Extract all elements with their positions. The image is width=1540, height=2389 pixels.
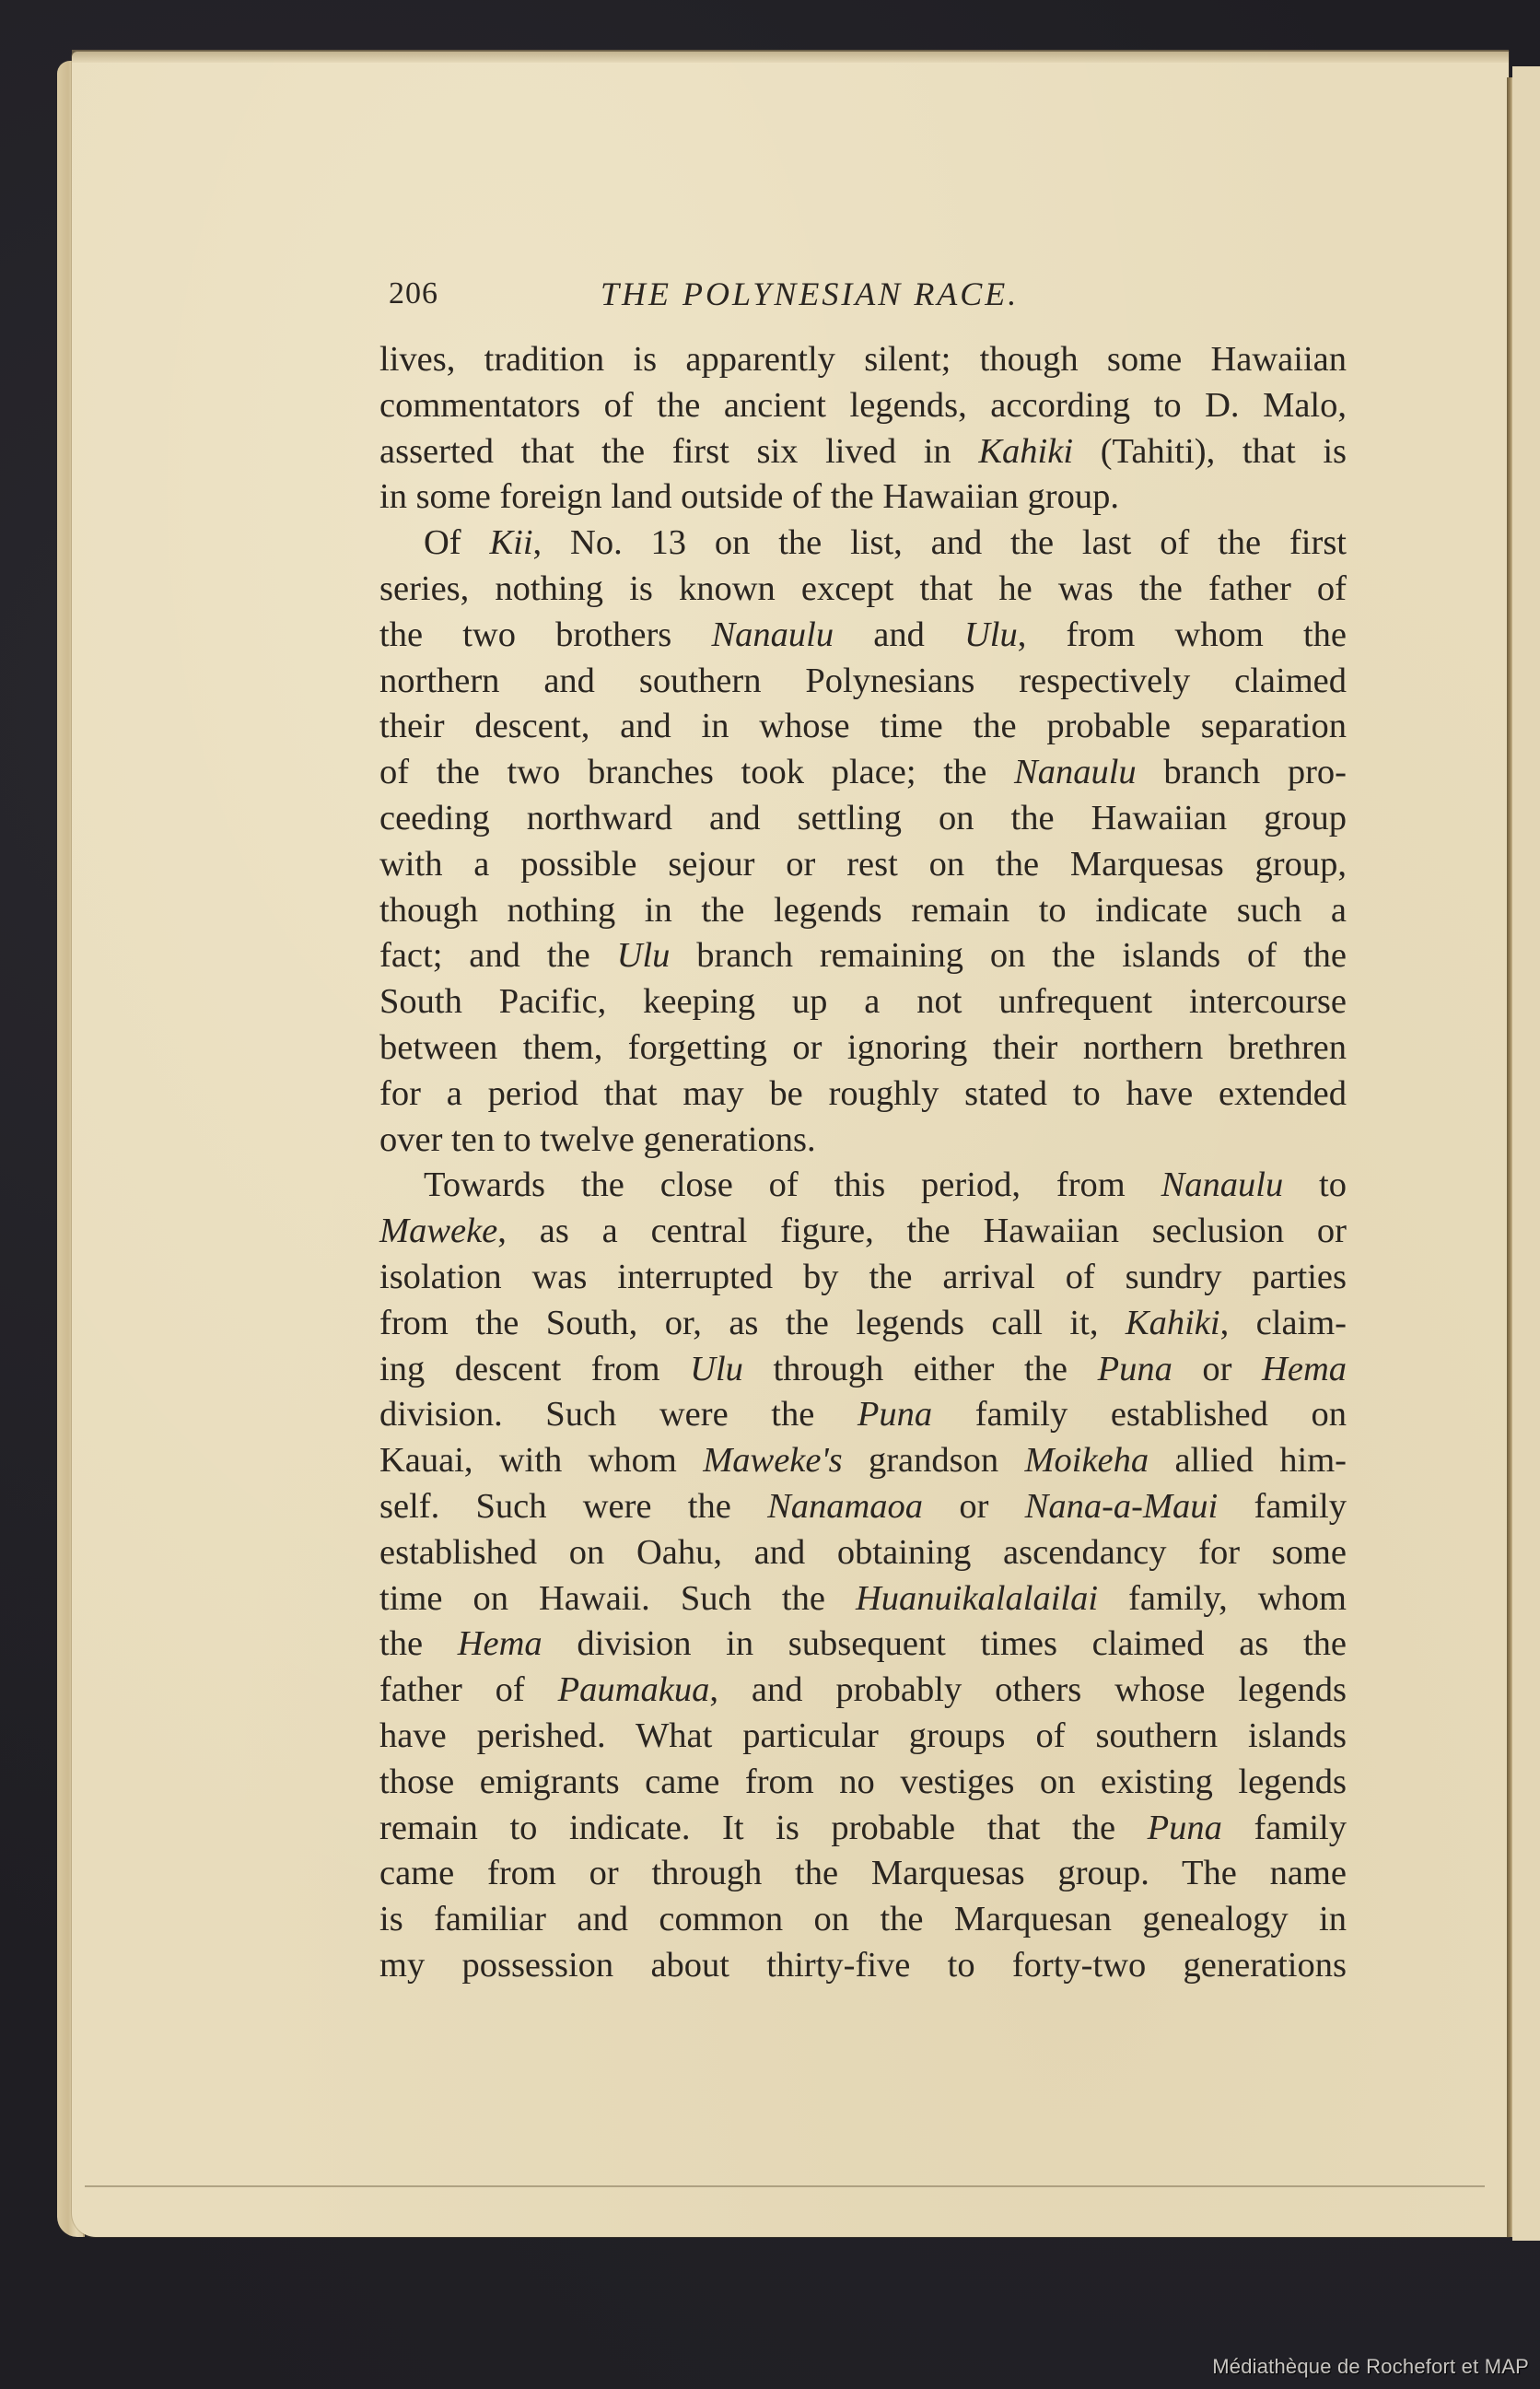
text-line: Towards the close of this period, from N… [379,1163,1347,1209]
text-line: fact; and the Ulu branch remaining on th… [379,933,1347,979]
page-number: 206 [389,276,438,311]
text-line: northern and southern Polynesians respec… [379,659,1347,705]
text-line: those emigrants came from no vestiges on… [379,1760,1347,1806]
text-line: remain to indicate. It is probable that … [379,1806,1347,1852]
text-line: Kauai, with whom Maweke's grandson Moike… [379,1438,1347,1484]
page-content: 206 THE POLYNESIAN RACE. lives, traditio… [379,267,1347,1989]
text-line: of the two branches took place; the Nana… [379,750,1347,796]
running-head-title: THE POLYNESIAN RACE. [601,275,1019,313]
text-line: time on Hawaii. Such the Huanuikalalaila… [379,1576,1347,1622]
text-line: division. Such were the Puna family esta… [379,1392,1347,1438]
text-line: Of Kii, No. 13 on the list, and the last… [379,521,1347,567]
text-line: have perished. What particular groups of… [379,1714,1347,1760]
text-line: is familiar and common on the Marquesan … [379,1897,1347,1943]
text-line: the Hema division in subsequent times cl… [379,1622,1347,1668]
text-line: ing descent from Ulu through either the … [379,1347,1347,1393]
body-text: lives, tradition is apparently silent; t… [379,337,1347,1989]
text-line: their descent, and in whose time the pro… [379,704,1347,750]
text-line: ceeding northward and settling on the Ha… [379,796,1347,842]
paragraph: Of Kii, No. 13 on the list, and the last… [379,521,1347,1163]
text-line: from the South, or, as the legends call … [379,1301,1347,1347]
facing-page-edge [1512,66,1540,2241]
text-line: came from or through the Marquesas group… [379,1851,1347,1897]
page-bottom-fold [85,2185,1485,2187]
binding-gutter [1507,77,1512,2237]
text-line: my possession about thirty-five to forty… [379,1943,1347,1989]
text-line: for a period that may be roughly stated … [379,1072,1347,1118]
text-line: over ten to twelve generations. [379,1118,1347,1164]
text-line: in some foreign land outside of the Hawa… [379,474,1347,521]
text-line: though nothing in the legends remain to … [379,888,1347,934]
paragraph: Towards the close of this period, from N… [379,1163,1347,1988]
text-line: between them, forgetting or ignoring the… [379,1025,1347,1072]
text-line: established on Oahu, and obtaining ascen… [379,1530,1347,1576]
text-line: with a possible sejour or rest on the Ma… [379,842,1347,888]
text-line: the two brothers Nanaulu and Ulu, from w… [379,613,1347,659]
text-line: commentators of the ancient legends, acc… [379,383,1347,429]
text-line: series, nothing is known except that he … [379,567,1347,613]
text-line: lives, tradition is apparently silent; t… [379,337,1347,383]
paragraph: lives, tradition is apparently silent; t… [379,337,1347,521]
text-line: isolation was interrupted by the arrival… [379,1255,1347,1301]
text-line: self. Such were the Nanamaoa or Nana-a-M… [379,1484,1347,1530]
text-line: asserted that the first six lived in Kah… [379,429,1347,475]
text-line: Maweke, as a central figure, the Hawaiia… [379,1209,1347,1255]
page-top-edge [72,50,1509,63]
running-head: 206 THE POLYNESIAN RACE. [379,267,1347,322]
text-line: father of Paumakua, and probably others … [379,1668,1347,1714]
library-watermark: Médiathèque de Rochefort et MAP [1212,2355,1529,2379]
text-line: South Pacific, keeping up a not unfreque… [379,979,1347,1025]
